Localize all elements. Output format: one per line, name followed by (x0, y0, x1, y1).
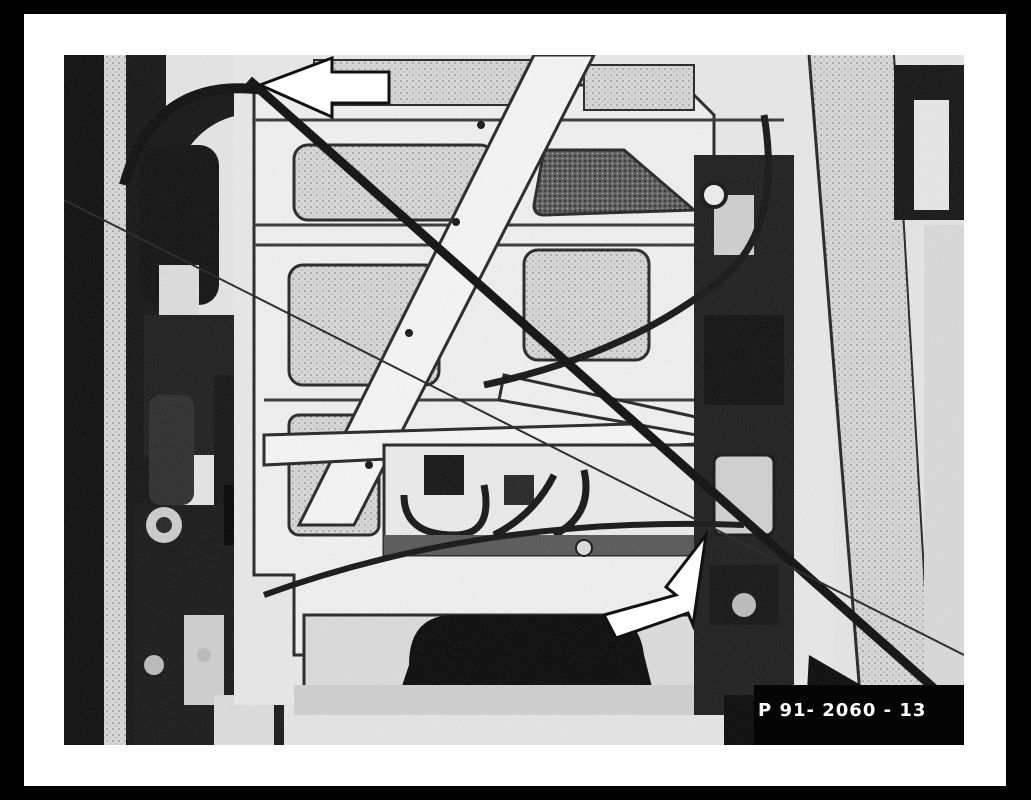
door-mechanism-photo (64, 55, 964, 745)
figure-number-label: P 91- 2060 - 13 (758, 700, 926, 721)
photo-illustration (64, 55, 964, 745)
